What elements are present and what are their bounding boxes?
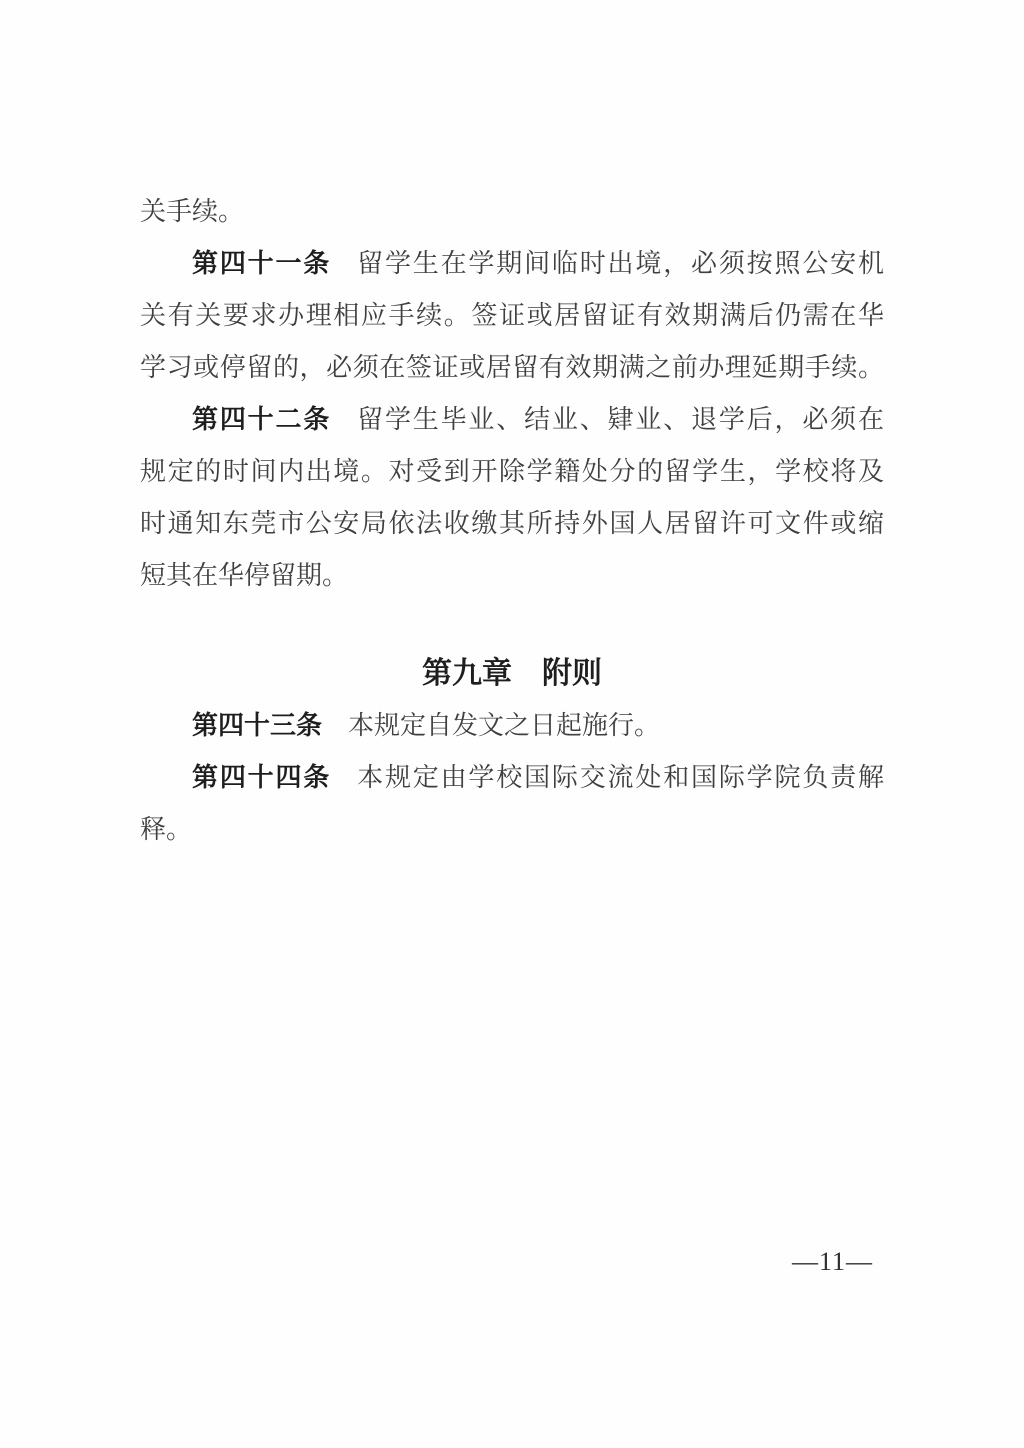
article-42-line-2: 规定的时间内出境。对受到开除学籍处分的留学生，学校将及 <box>140 446 884 498</box>
article-42-number: 第四十二条 <box>192 405 331 434</box>
article-41-first-line-text: 留学生在学期间临时出境，必须按照公安机 <box>357 249 884 278</box>
document-page: 关手续。 第四十一条留学生在学期间临时出境，必须按照公安机 关有关要求办理相应手… <box>0 0 1024 1448</box>
continuation-line: 关手续。 <box>140 186 884 238</box>
article-43-number: 第四十三条 <box>192 711 322 740</box>
article-41-number: 第四十一条 <box>192 249 331 278</box>
article-44-first-line-text: 本规定由学校国际交流处和国际学院负责解 <box>357 763 884 792</box>
article-41-line-3: 学习或停留的，必须在签证或居留有效期满之前办理延期手续。 <box>140 342 884 394</box>
article-44-line-1: 第四十四条本规定由学校国际交流处和国际学院负责解 <box>140 752 884 804</box>
article-43-line-1: 第四十三条本规定自发文之日起施行。 <box>140 700 884 752</box>
document-body: 关手续。 第四十一条留学生在学期间临时出境，必须按照公安机 关有关要求办理相应手… <box>140 186 884 856</box>
article-42-line-1: 第四十二条留学生毕业、结业、肄业、退学后，必须在 <box>140 394 884 446</box>
article-42-line-4: 短其在华停留期。 <box>140 550 884 602</box>
article-43-first-line-text: 本规定自发文之日起施行。 <box>348 711 660 740</box>
article-41-line-1: 第四十一条留学生在学期间临时出境，必须按照公安机 <box>140 238 884 290</box>
article-42-first-line-text: 留学生毕业、结业、肄业、退学后，必须在 <box>357 405 884 434</box>
article-42-line-3: 时通知东莞市公安局依法收缴其所持外国人居留许可文件或缩 <box>140 498 884 550</box>
chapter-heading: 第九章 附则 <box>140 648 884 700</box>
article-41-line-2: 关有关要求办理相应手续。签证或居留证有效期满后仍需在华 <box>140 290 884 342</box>
article-44-number: 第四十四条 <box>192 763 331 792</box>
article-44-line-2: 释。 <box>140 804 884 856</box>
page-number: —11— <box>792 1245 873 1279</box>
